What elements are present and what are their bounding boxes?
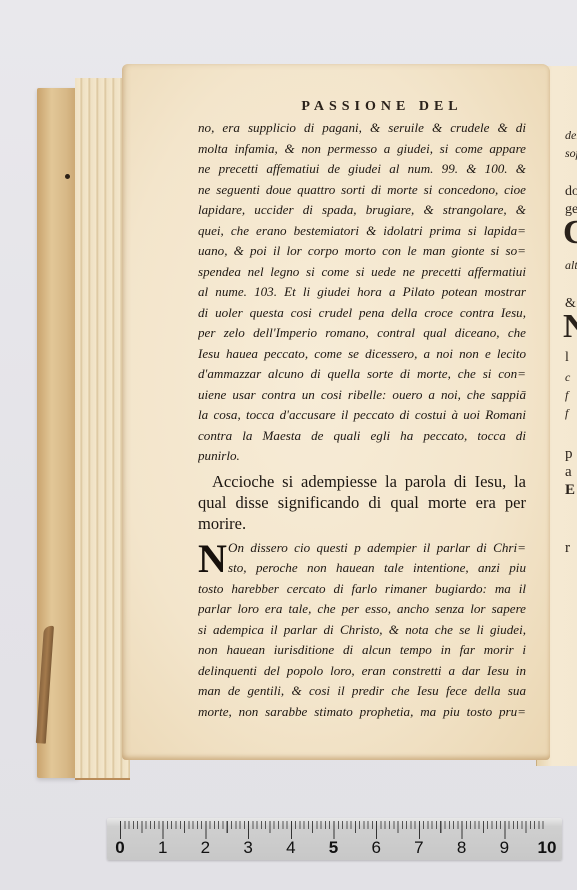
facing-fragment: sop	[565, 146, 577, 161]
section-heading: Accioche si adempiesse la parola di Iesu…	[198, 471, 526, 534]
text-line: parlar loro era tale, che per esso, anch…	[198, 599, 526, 620]
text-line: punirlo.	[198, 446, 526, 467]
text-line: Iesu hauea peccato, come se dicessero, a…	[198, 344, 526, 365]
text-line: per zelo dell'Imperio romano, contral qu…	[198, 323, 526, 344]
heading-line: qual disse significando di qual morte er…	[198, 492, 526, 513]
ruler-label: 10	[538, 838, 557, 858]
ruler-label: 8	[457, 838, 466, 858]
ruler-label: 5	[329, 838, 338, 858]
text-line: ne precetti affematiui de giudei al num.…	[198, 159, 526, 180]
facing-fragment: l	[565, 350, 569, 366]
text-line: uano, & poi il lor corpo morto con le ma…	[198, 241, 526, 262]
text-line: di uoler questa cosi crudel pena della c…	[198, 303, 526, 324]
text-line: spendea nel legno si come si uede ne pre…	[198, 262, 526, 283]
facing-fragment: a	[565, 464, 572, 481]
facing-fragment: N	[563, 308, 577, 346]
text-line: man de gentili, & cosi il predir che Ies…	[198, 681, 526, 702]
page-text: PASSIONE DEL no, era supplicio di pagani…	[198, 98, 526, 722]
text-line: contra la Maesta de quali egli ha peccat…	[198, 426, 526, 447]
heading-line: morire.	[198, 513, 526, 534]
facing-fragment: f	[565, 406, 568, 421]
facing-fragment: C	[563, 214, 577, 252]
facing-fragment: do	[565, 184, 577, 200]
text-line: On dissero cio questi p adempier il parl…	[198, 538, 526, 559]
text-line: tosto harebber cercato di farlo rimaner …	[198, 579, 526, 600]
text-line: ne seguenti doue quattro sorti di morte …	[198, 180, 526, 201]
text-line: quei, che erano bestemiatori & idolatri …	[198, 221, 526, 242]
ruler-label: 3	[243, 838, 252, 858]
text-line: al nume. 103. Et li giudei hora a Pilato…	[198, 282, 526, 303]
text-line: sto, peroche non hauean tale intentione,…	[198, 558, 526, 579]
text-line: la cosa, tocca d'accusare il peccato di …	[198, 405, 526, 426]
facing-fragment: E	[565, 482, 575, 499]
ruler-label: 0	[115, 838, 124, 858]
ruler-label: 4	[286, 838, 295, 858]
ruler-label: 2	[201, 838, 210, 858]
ruler-label: 1	[158, 838, 167, 858]
text-line: lapidare, uccider di spada, brugiare, & …	[198, 200, 526, 221]
text-line: d'ammazzar alcuno di quella sorte di mor…	[198, 364, 526, 385]
drop-cap: N	[198, 539, 227, 579]
ruler-label: 6	[371, 838, 380, 858]
text-line: molta infamia, & non permesso a giudei, …	[198, 139, 526, 160]
scale-ruler: 0 1 2 3 4 5 6 7 8 9 10	[107, 818, 562, 860]
text-line: delinquenti del popolo loro, eran constr…	[198, 661, 526, 682]
paragraph-2: N On dissero cio questi p adempier il pa…	[198, 538, 526, 723]
text-line: si adempica il parlar di Christo, & nota…	[198, 620, 526, 641]
facing-fragment: dem	[565, 128, 577, 143]
facing-fragment: p	[565, 446, 573, 463]
ruler-label: 9	[500, 838, 509, 858]
paragraph-1: no, era supplicio di pagani, & seruile &…	[198, 118, 526, 467]
text-line: no, era supplicio di pagani, & seruile &…	[198, 118, 526, 139]
facing-fragment: r	[565, 540, 570, 557]
running-head: PASSIONE DEL	[238, 98, 526, 116]
text-line: non hauean iurisditione di alcun tempo i…	[198, 640, 526, 661]
text-line: morte, non sarabbe stimato prophetia, ma…	[198, 702, 526, 723]
ink-spot	[65, 174, 70, 179]
ruler-label: 7	[414, 838, 423, 858]
heading-line: Accioche si adempiesse la parola di Iesu…	[198, 471, 526, 492]
text-line: uiene usar contra un cosi ribelle: ouero…	[198, 385, 526, 406]
facing-fragment: c	[565, 370, 570, 385]
ruler-ticks	[120, 821, 547, 839]
facing-fragment: alt	[565, 258, 577, 273]
facing-fragment: f	[565, 388, 568, 403]
